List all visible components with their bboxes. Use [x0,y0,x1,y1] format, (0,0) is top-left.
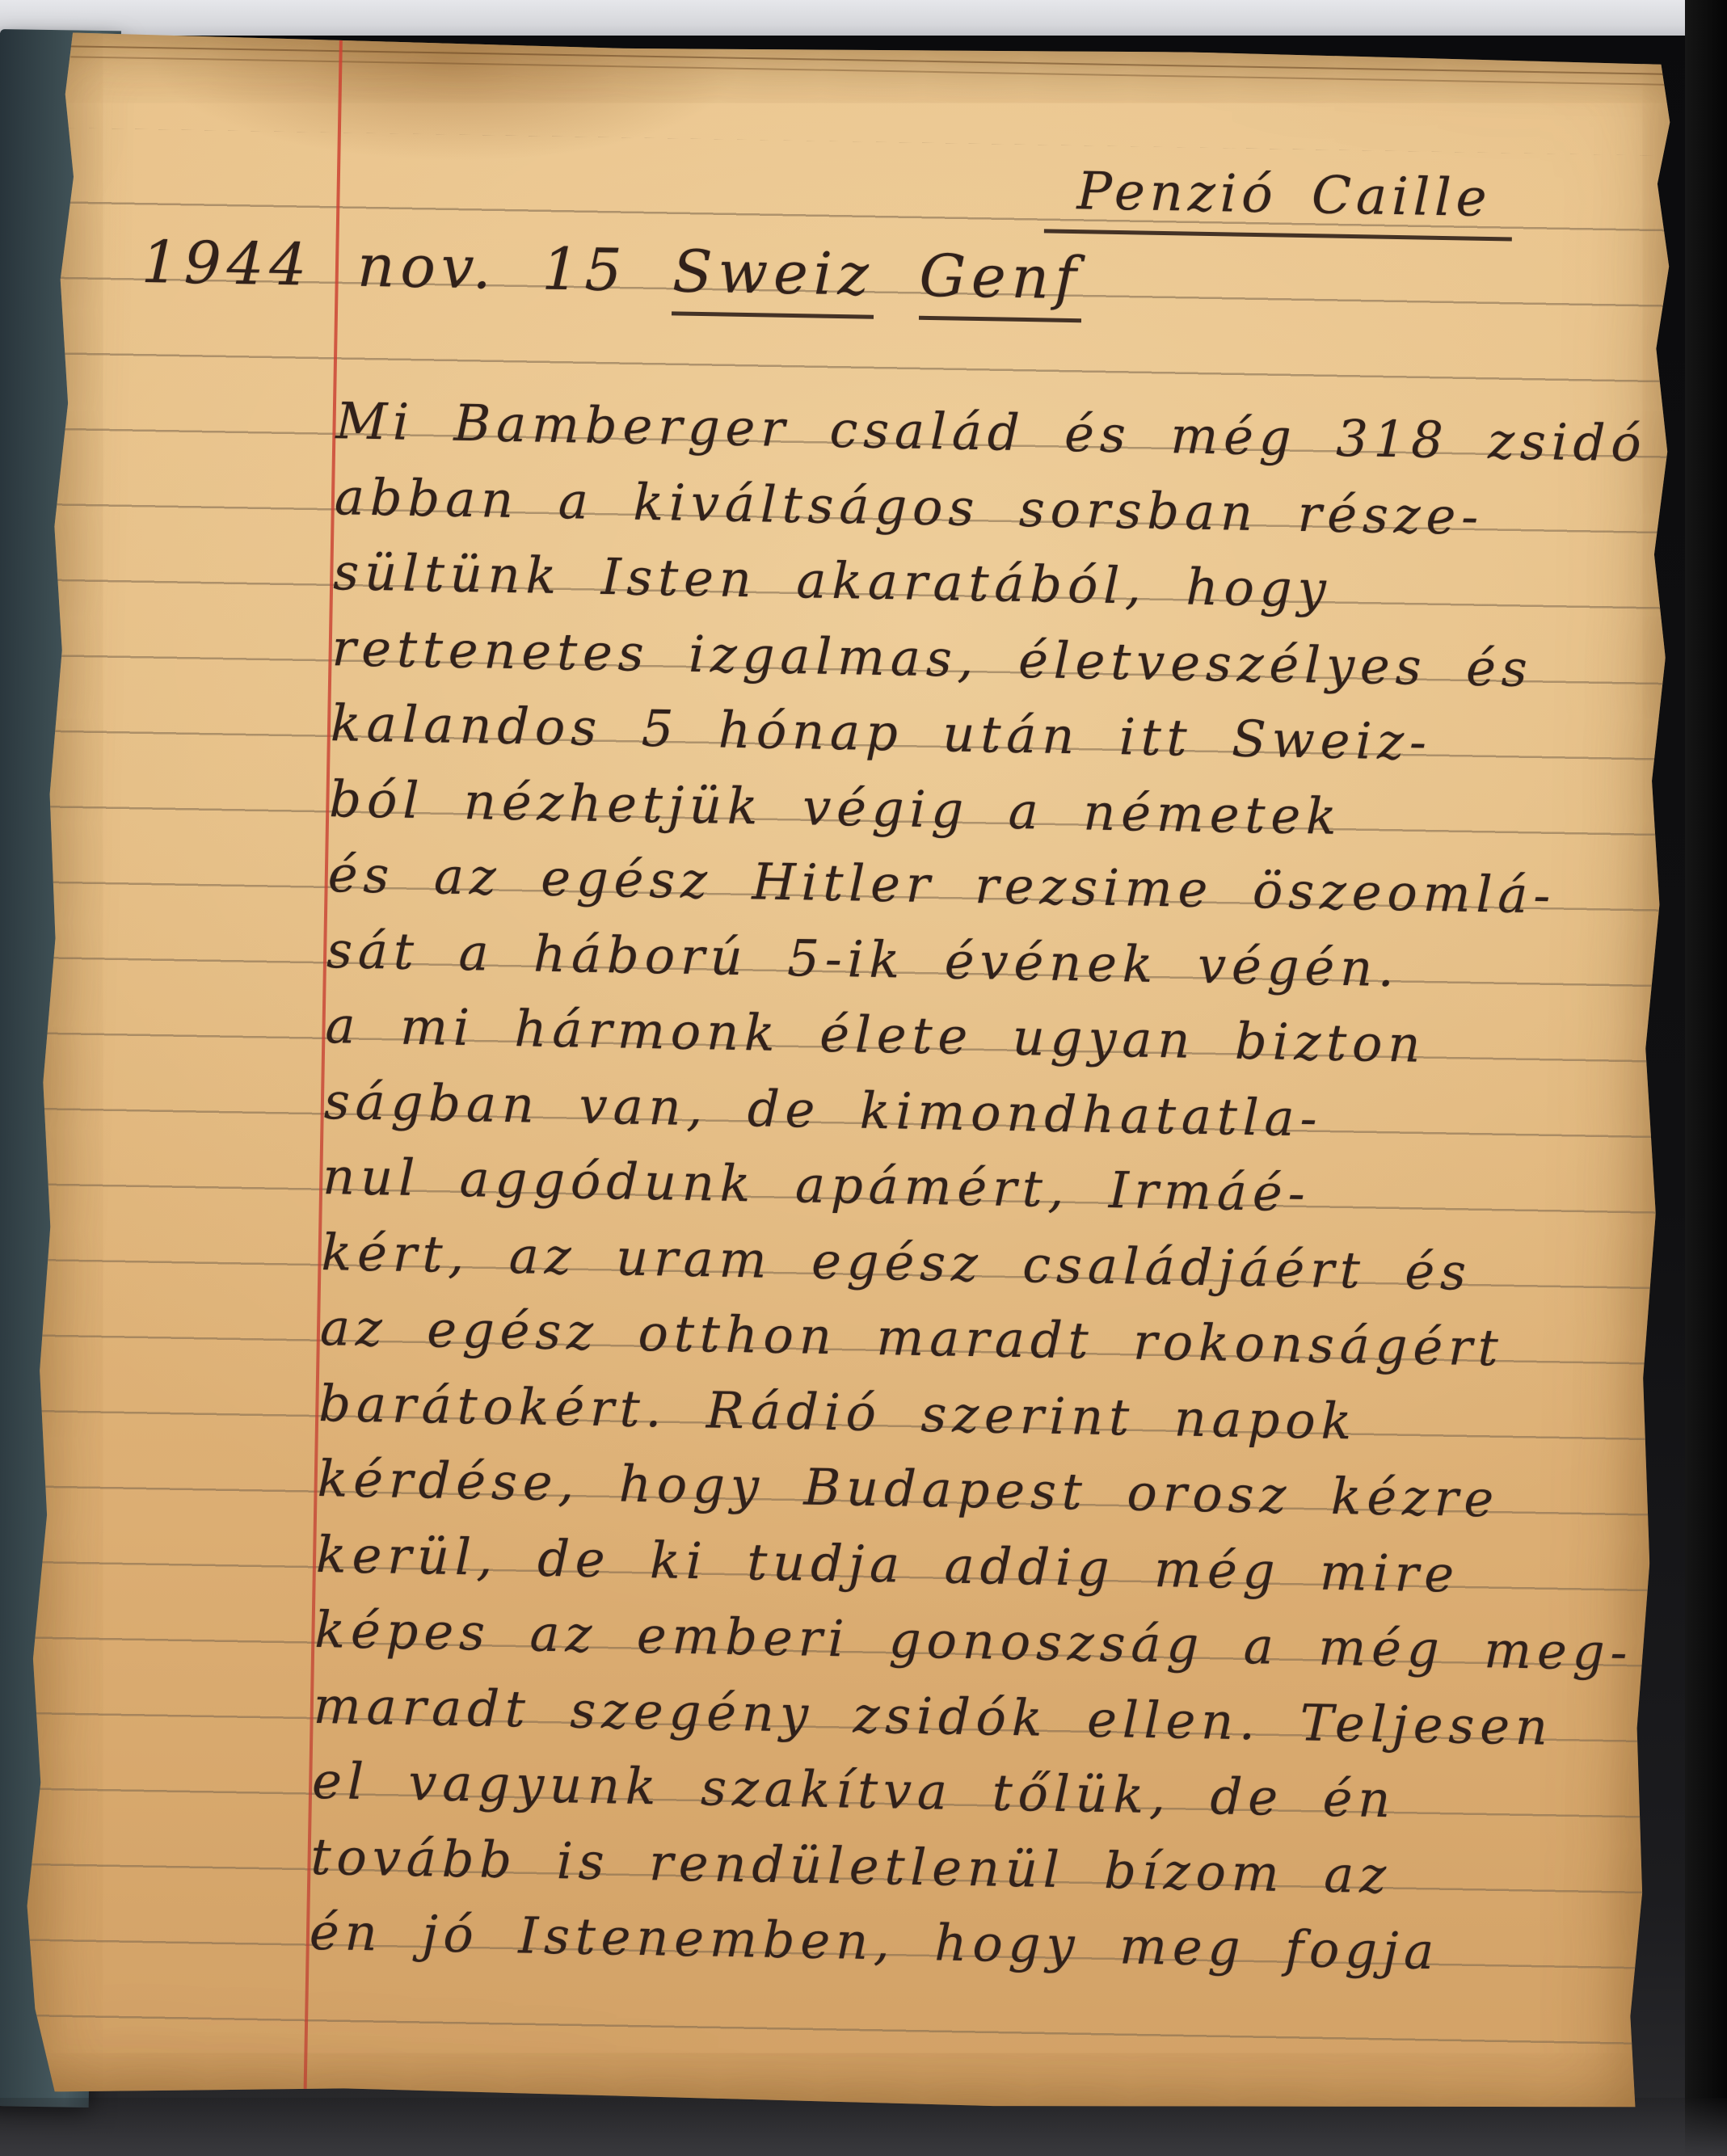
handwriting [874,241,920,310]
underlined-handwriting: Sweiz [672,237,874,318]
underlined-handwriting: Genf [919,242,1083,322]
scan-dark-edge [1685,0,1727,2156]
scanned-diary-page: Penzió Caille 1944 nov. 15 Sweiz Genf Mi… [0,0,1727,2156]
heading-pension-name: Penzió Caille [1076,162,1492,229]
scanner-background-strip [0,0,1691,36]
handwritten-body-text: Mi Bamberger család és még 318 zsidóabba… [55,32,1679,61]
notebook-paper-page: Penzió Caille 1944 nov. 15 Sweiz Genf Mi… [19,32,1679,2120]
underlined-handwriting: Penzió Caille [1044,161,1513,241]
handwriting: nov. 15 [312,231,673,305]
handwriting: 1944 [141,228,313,299]
